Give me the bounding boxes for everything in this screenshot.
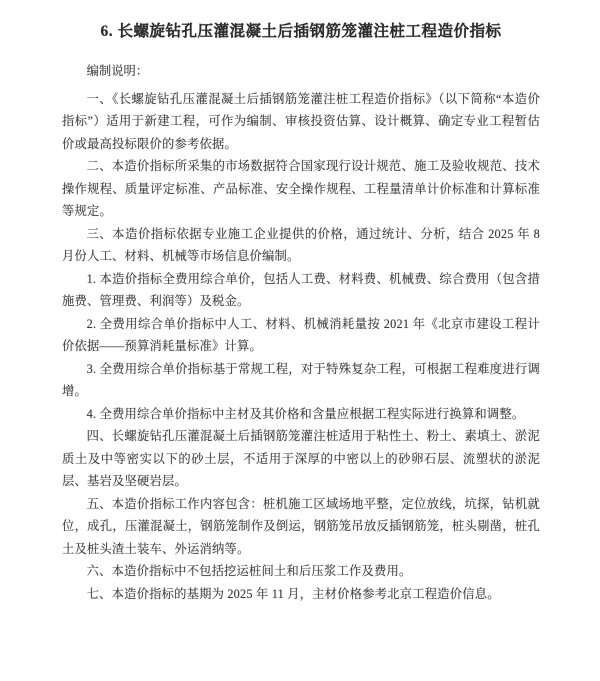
paragraph: 三、本造价指标依据专业施工企业提供的价格，通过统计、分析，结合 2025 年 8… xyxy=(62,223,540,268)
paragraph: 五、本造价指标工作内容包含：桩机施工区域场地平整，定位放线，坑探，钻机就位，成孔… xyxy=(62,493,540,561)
document-page: 6. 长螺旋钻孔压灌混凝土后插钢筋笼灌注桩工程造价指标 编制说明： 一、《长螺旋… xyxy=(0,0,600,681)
paragraph: 4. 全费用综合单价指标中主材及其价格和含量应根据工程实际进行换算和调整。 xyxy=(62,403,540,426)
paragraph: 2. 全费用综合单价指标中人工、材料、机械消耗量按 2021 年《北京市建设工程… xyxy=(62,313,540,358)
paragraph-list: 一、《长螺旋钻孔压灌混凝土后插钢筋笼灌注桩工程造价指标》（以下简称“本造价指标”… xyxy=(62,88,540,606)
paragraph: 一、《长螺旋钻孔压灌混凝土后插钢筋笼灌注桩工程造价指标》（以下简称“本造价指标”… xyxy=(62,88,540,156)
section-label: 编制说明： xyxy=(62,60,540,83)
paragraph: 3. 全费用综合单价指标基于常规工程，对于特殊复杂工程，可根据工程难度进行调增。 xyxy=(62,358,540,403)
page-title: 6. 长螺旋钻孔压灌混凝土后插钢筋笼灌注桩工程造价指标 xyxy=(62,20,540,44)
paragraph: 六、本造价指标中不包括挖运桩间土和后压浆工作及费用。 xyxy=(62,560,540,583)
paragraph: 四、长螺旋钻孔压灌混凝土后插钢筋笼灌注桩适用于粘性土、粉土、素填土、淤泥质土及中… xyxy=(62,425,540,493)
paragraph: 1. 本造价指标全费用综合单价，包括人工费、材料费、机械费、综合费用（包含措施费… xyxy=(62,268,540,313)
paragraph: 二、本造价指标所采集的市场数据符合国家现行设计规范、施工及验收规范、技术操作规程… xyxy=(62,155,540,223)
paragraph: 七、本造价指标的基期为 2025 年 11 月，主材价格参考北京工程造价信息。 xyxy=(62,583,540,606)
